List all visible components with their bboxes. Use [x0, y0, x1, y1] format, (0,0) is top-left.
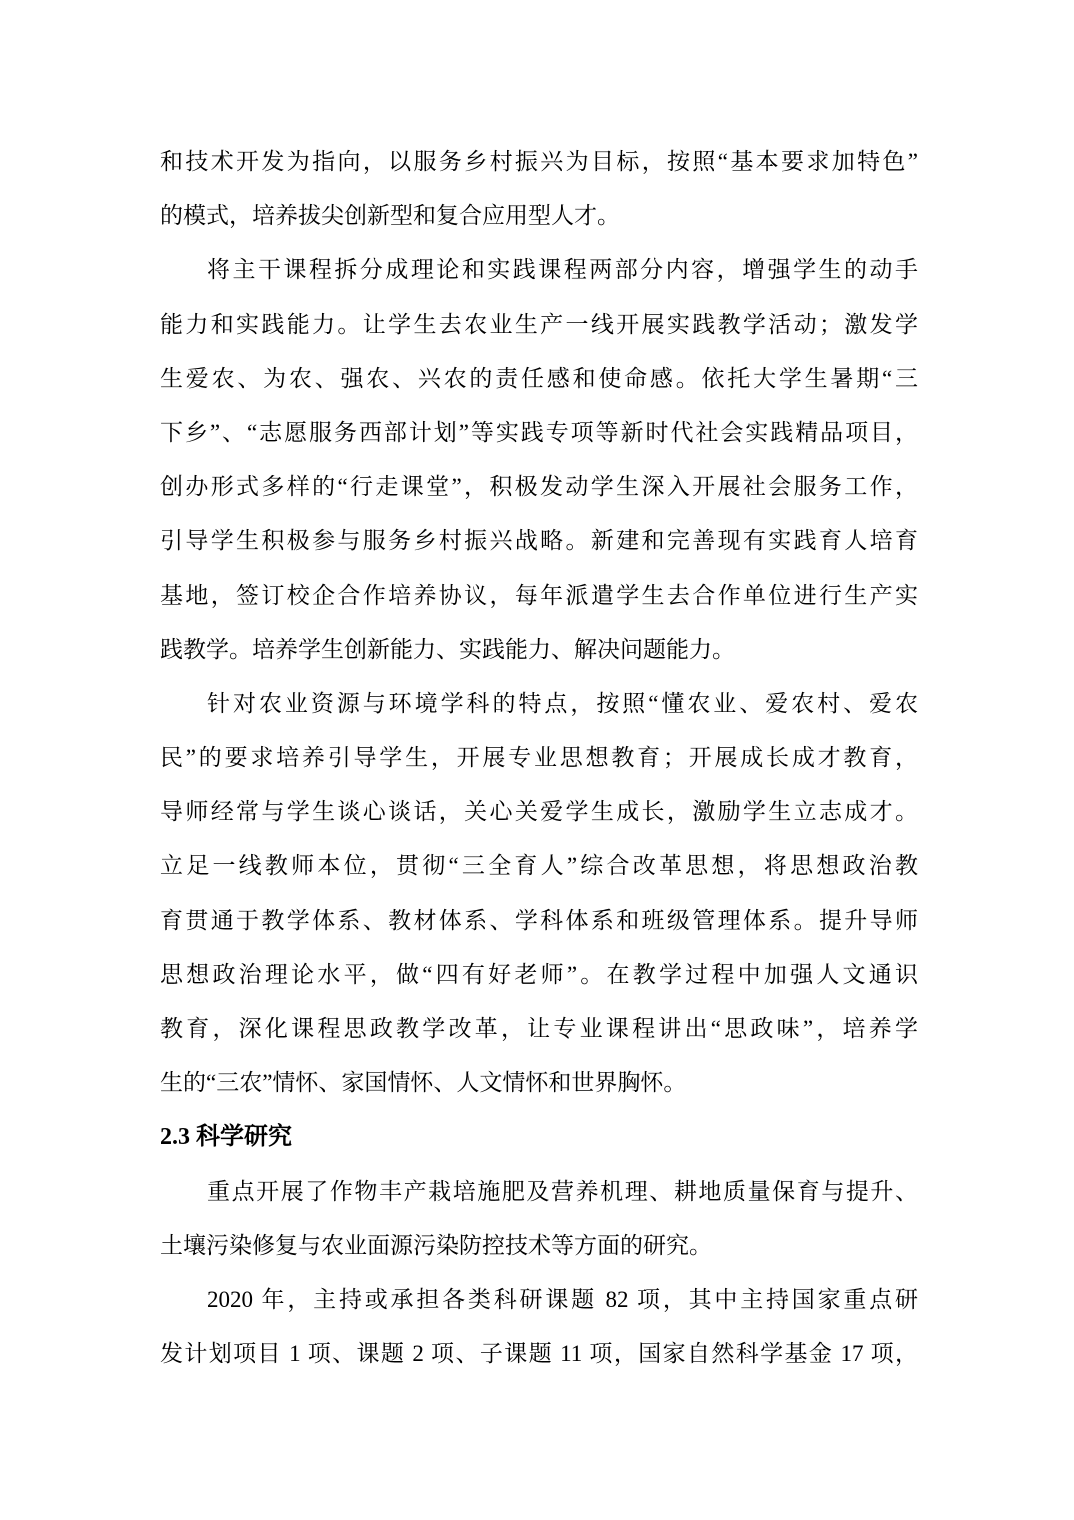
text-line: 思想政治理论水平，做“四有好老师”。在教学过程中加强人文通识 [160, 948, 918, 1002]
text-line: 基地，签订校企合作培养协议，每年派遣学生去合作单位进行生产实 [160, 569, 918, 623]
text-line: 将主干课程拆分成理论和实践课程两部分内容，增强学生的动手 [160, 243, 918, 297]
text-line: 践教学。培养学生创新能力、实践能力、解决问题能力。 [160, 623, 918, 677]
text-line: 针对农业资源与环境学科的特点，按照“懂农业、爱农村、爱农 [160, 677, 918, 731]
text-line: 创办形式多样的“行走课堂”，积极发动学生深入开展社会服务工作， [160, 460, 918, 514]
text-line: 下乡”、“志愿服务西部计划”等实践专项等新时代社会实践精品项目， [160, 406, 918, 460]
text-line: 2020 年，主持或承担各类科研课题 82 项，其中主持国家重点研 [160, 1273, 918, 1327]
text-line: 立足一线教师本位，贯彻“三全育人”综合改革思想，将思想政治教 [160, 839, 918, 893]
text-line: 的模式，培养拔尖创新型和复合应用型人才。 [160, 189, 918, 243]
text-line: 生爱农、为农、强农、兴农的责任感和使命感。依托大学生暑期“三 [160, 352, 918, 406]
text-line: 民”的要求培养引导学生，开展专业思想教育；开展成长成才教育， [160, 731, 918, 785]
text-line: 能力和实践能力。让学生去农业生产一线开展实践教学活动；激发学 [160, 298, 918, 352]
document-page: 和技术开发为指向，以服务乡村振兴为目标，按照“基本要求加特色”的模式，培养拔尖创… [0, 0, 1074, 1520]
text-line: 导师经常与学生谈心谈话，关心关爱学生成长，激励学生立志成才。 [160, 785, 918, 839]
section-heading: 2.3 科学研究 [160, 1110, 918, 1164]
text-line: 重点开展了作物丰产栽培施肥及营养机理、耕地质量保育与提升、 [160, 1165, 918, 1219]
page-text: 和技术开发为指向，以服务乡村振兴为目标，按照“基本要求加特色”的模式，培养拔尖创… [160, 135, 918, 1381]
text-line: 引导学生积极参与服务乡村振兴战略。新建和完善现有实践育人培育 [160, 514, 918, 568]
text-line: 土壤污染修复与农业面源污染防控技术等方面的研究。 [160, 1219, 918, 1273]
text-line: 发计划项目 1 项、课题 2 项、子课题 11 项，国家自然科学基金 17 项， [160, 1327, 918, 1381]
text-line: 和技术开发为指向，以服务乡村振兴为目标，按照“基本要求加特色” [160, 135, 918, 189]
text-line: 育贯通于教学体系、教材体系、学科体系和班级管理体系。提升导师 [160, 894, 918, 948]
text-line: 生的“三农”情怀、家国情怀、人文情怀和世界胸怀。 [160, 1056, 918, 1110]
text-line: 教育，深化课程思政教学改革，让专业课程讲出“思政味”，培养学 [160, 1002, 918, 1056]
